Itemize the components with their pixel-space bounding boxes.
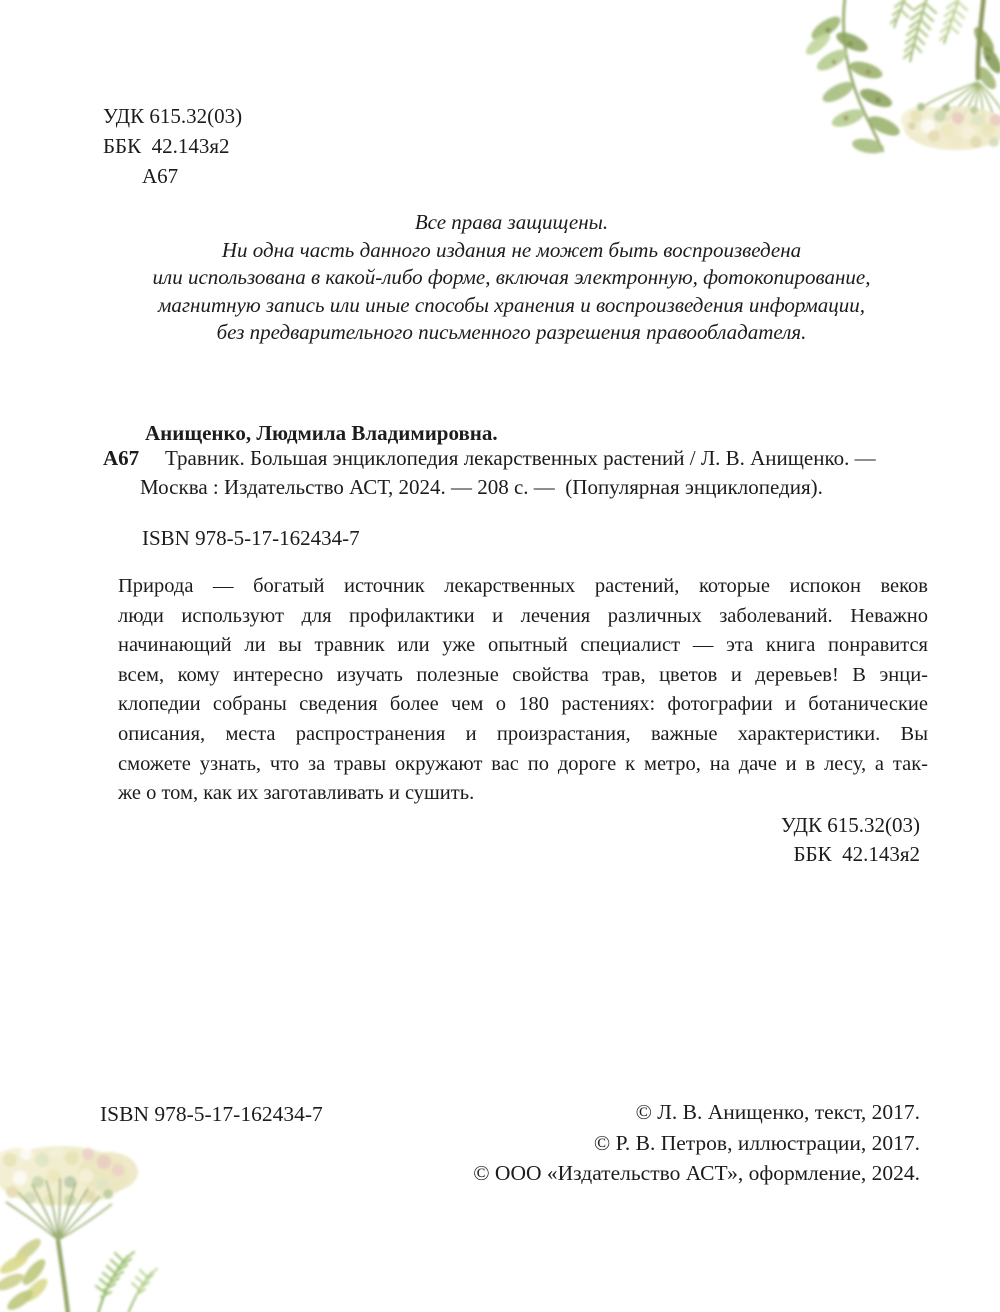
copyright-line: © Л. В. Анищенко, текст, 2017.: [473, 1097, 920, 1128]
isbn-upper: ISBN 978-5-17-162434-7: [142, 524, 360, 553]
annotation-line: клопедии собраны сведения более чем о 18…: [118, 690, 928, 720]
book-imprint-page: УДК 615.32(03) ББК 42.143я2 А67 Все прав…: [0, 0, 1000, 1312]
rights-line: Все права защищены.: [103, 209, 920, 237]
isbn-footer: ISBN 978-5-17-162434-7: [100, 1099, 323, 1129]
bbk-number: ББК 42.143я2: [103, 131, 242, 161]
watercolor-umbel-flower-illustration: [0, 1120, 190, 1312]
rights-line: без предварительного письменного разреше…: [103, 319, 920, 347]
rights-line: или использована в какой-либо форме, вкл…: [103, 264, 920, 292]
annotation-line: всем, кому интересно изучать полезные св…: [118, 661, 928, 691]
rights-notice: Все права защищены. Ни одна часть данног…: [103, 209, 920, 347]
annotation-line: сможете узнать, что за травы окружают ва…: [118, 750, 928, 780]
catalog-line: Москва : Издательство АСТ, 2024. — 208 с…: [140, 473, 933, 502]
author-sign: А67: [103, 161, 242, 191]
classification-codes-top: УДК 615.32(03) ББК 42.143я2 А67: [103, 101, 242, 191]
classification-codes-right: УДК 615.32(03) ББК 42.143я2: [781, 811, 920, 869]
copyright-block: © Л. В. Анищенко, текст, 2017. © Р. В. П…: [473, 1097, 920, 1189]
copyright-line: © ООО «Издательство АСТ», оформление, 20…: [473, 1158, 920, 1189]
copyright-line: © Р. В. Петров, иллюстрации, 2017.: [473, 1128, 920, 1159]
rights-line: Ни одна часть данного издания не может б…: [103, 237, 920, 265]
catalog-line: Травник. Большая энциклопедия лекарствен…: [165, 444, 933, 473]
catalog-entry: А67 Травник. Большая энциклопедия лекарс…: [103, 444, 933, 502]
annotation-paragraph: Природа — богатый источник лекарственных…: [118, 572, 928, 809]
annotation-line: люди используют для профилактики и лечен…: [118, 602, 928, 632]
annotation-line: Природа — богатый источник лекарственных…: [118, 572, 928, 602]
udc-number: УДК 615.32(03): [103, 101, 242, 131]
watercolor-hanging-herbs-illustration: [788, 0, 1000, 180]
catalog-code: А67: [103, 444, 139, 473]
annotation-line: описания, места распространения и произр…: [118, 720, 928, 750]
annotation-line: же о том, как их заготавливать и сушить.: [118, 779, 928, 809]
rights-line: магнитную запись или иные способы хранен…: [103, 292, 920, 320]
udc-number: УДК 615.32(03): [781, 811, 920, 840]
annotation-line: начинающий ли вы травник или уже опытный…: [118, 631, 928, 661]
bbk-number: ББК 42.143я2: [781, 840, 920, 869]
